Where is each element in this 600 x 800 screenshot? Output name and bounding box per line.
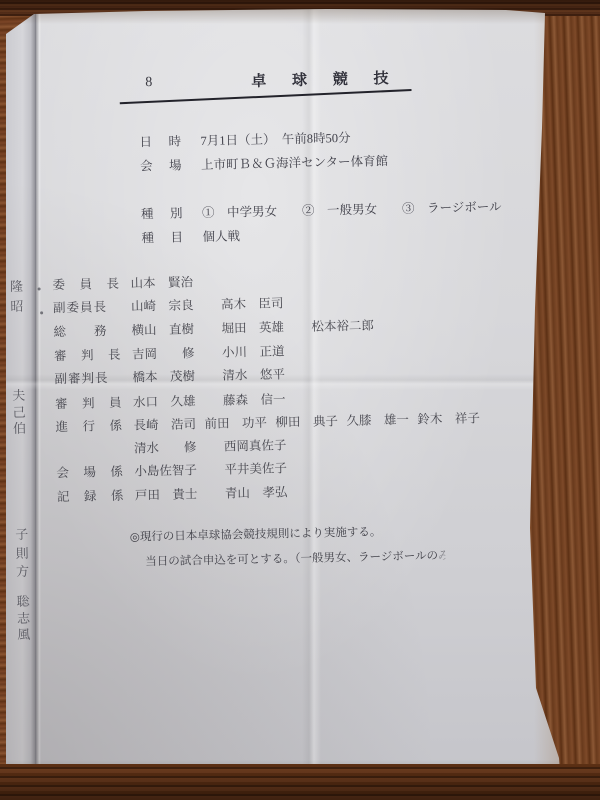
paper-speck [40,311,43,314]
official-name: 山本 賢治 [130,272,220,292]
officials-row: 進 行 係長崎 浩司前田 功平柳田 典子久膝 雄一鈴木 祥子 [55,408,488,435]
role-label: 記 録 係 [57,485,135,505]
official-name: 小島佐智子 [134,460,224,480]
margin-char: 伯 [9,418,29,437]
official-name: 橋本 茂樹 [132,366,222,386]
margin-char: 則 [12,543,32,562]
info-label: 種 別 [141,203,185,222]
regulation-note: ◎現行の日本卓球協会競技規則により実施する。 [130,523,382,544]
margin-char: 昭 [7,296,27,315]
title-underline [120,89,412,104]
role-label: 審 判 長 [54,345,132,365]
officials-row: 副審判長橋本 茂樹清水 悠平 [54,364,312,387]
official-name: 前田 功平 [204,413,275,432]
page-title: 卓 球 競 技 [251,67,400,91]
official-name: 清水 悠平 [222,364,312,384]
role-label [56,452,134,454]
official-name: 小川 正道 [222,341,312,361]
role-label: 委 員 長 [52,274,130,294]
official-name: 青山 孝弘 [225,482,315,502]
official-name: 平井美佐子 [224,458,314,478]
official-name: 清水 修 [134,437,224,457]
officials-row: 会 場 係小島佐智子平井美佐子 [56,458,314,481]
official-name: 水口 久雄 [133,391,223,411]
official-name: 戸田 貴士 [135,484,225,504]
official-name: 松本裕二郎 [311,315,401,335]
official-name: 吉岡 修 [132,343,222,363]
official-name: 西岡真佐子 [224,435,314,455]
info-value-venue: 上市町Ｂ＆Ｇ海洋センター体育館 [201,151,388,173]
official-name: 藤森 信一 [223,389,313,409]
info-value-divisions: ① 中学男女 ② 一般男女 ③ ラージボール [202,197,502,221]
wood-table-bottom [0,764,600,800]
official-name: 久膝 雄一 [346,410,417,429]
official-name: 山崎 宗良 [131,295,221,315]
info-label: 種 目 [141,227,185,246]
official-name: 高木 臣司 [221,293,311,313]
margin-char: 風 [14,624,34,643]
margin-char: 子 [12,524,32,543]
official-name: 鈴木 祥子 [417,408,488,427]
section-number: 8 [145,75,153,91]
margin-char: 方 [12,561,32,580]
officials-row: 審 判 長吉岡 修小川 正道 [54,341,312,364]
officials-row: 清水 修西岡真佐子 [56,435,314,458]
role-label: 進 行 係 [55,415,133,435]
printed-program-sheet: 隆 昭 夫 己 伯 子 則 方 聡 志 風 8 卓 球 競 技 日 時 7月1日… [6,8,560,774]
official-name: 堀田 英雄 [221,317,311,337]
info-value-event-type: 個人戦 [202,226,240,245]
official-name: 長崎 浩司 [133,414,204,433]
role-label: 審 判 員 [55,392,133,412]
cutoff-character: み [438,547,445,563]
document-content: 隆 昭 夫 己 伯 子 則 方 聡 志 風 8 卓 球 競 技 日 時 7月1日… [0,0,600,800]
officials-row: 委 員 長山本 賢治 [52,272,220,294]
officials-row: 総 務横山 直樹堀田 英雄松本裕二郎 [53,315,401,340]
entry-note: 当日の試合申込を可とする。（一般男女、ラージボールのみ [145,547,445,569]
role-label: 副委員長 [53,297,131,317]
role-label: 副審判長 [54,368,132,388]
paper-speck [38,287,41,290]
info-label: 会 場 [140,155,184,174]
official-name: 横山 直樹 [131,319,221,339]
role-label: 会 場 係 [56,461,134,481]
officials-row: 記 録 係戸田 貴士青山 孝弘 [57,482,315,505]
info-label: 日 時 [139,131,183,150]
officials-row: 審 判 員水口 久雄藤森 信一 [55,389,313,412]
role-label: 総 務 [53,321,131,341]
info-value-datetime: 7月1日（土） 午前8時50分 [200,128,350,149]
officials-row: 副委員長山崎 宗良高木 臣司 [53,293,311,316]
entry-note-text: 当日の試合申込を可とする。（一般男女、ラージボールの [145,550,438,568]
photo-of-document: { "document": { "section_number": "8", "… [0,0,600,800]
margin-char: 隆 [6,276,26,295]
official-name: 柳田 典子 [275,411,346,430]
